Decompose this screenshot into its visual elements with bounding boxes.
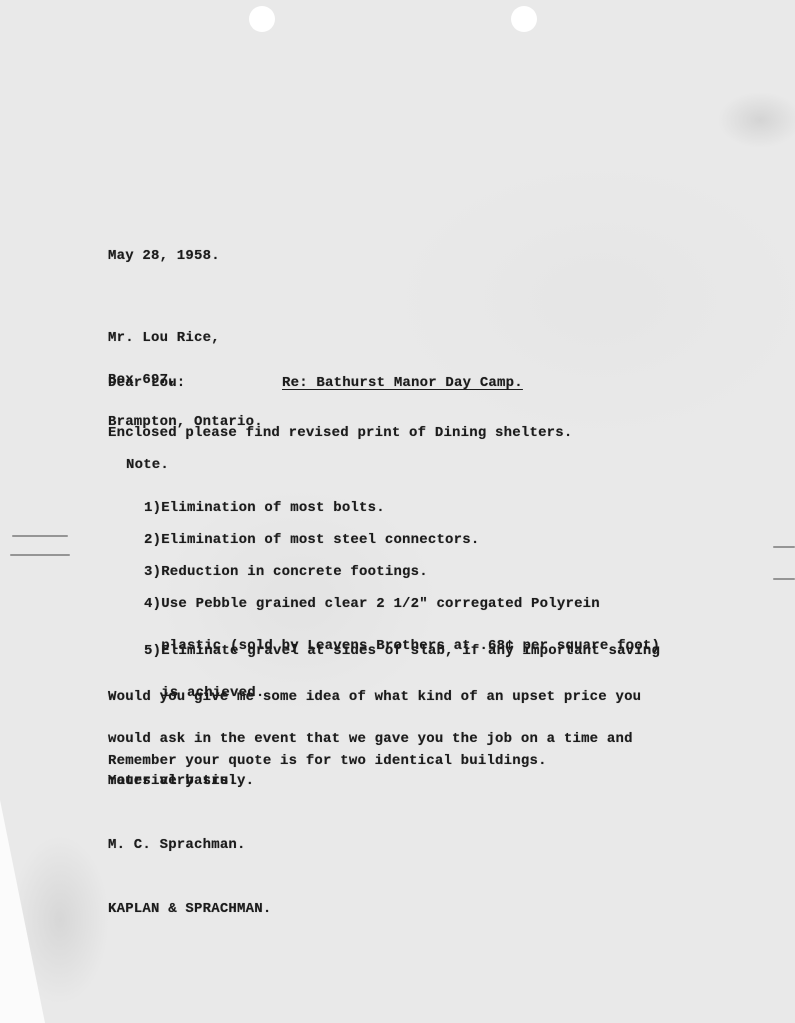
signature: M. C. Sprachman.: [108, 838, 246, 852]
salutation: Dear Lou:: [108, 376, 185, 390]
note-label: Note.: [126, 458, 169, 472]
note-item-line: 4)Use Pebble grained clear 2 1/2" correg…: [144, 597, 660, 611]
scanned-letter-page: May 28, 1958. Mr. Lou Rice, Box 697, Bra…: [0, 0, 795, 1023]
firm-name: KAPLAN & SPRACHMAN.: [108, 902, 271, 916]
note-item-line: 5)Eliminate gravel at sides of slab, if …: [144, 644, 660, 658]
margin-mark: [10, 554, 70, 556]
intro-paragraph: Enclosed please find revised print of Di…: [108, 426, 572, 440]
margin-mark: [773, 578, 795, 580]
punch-hole-right: [511, 6, 537, 32]
margin-mark: [12, 535, 68, 537]
margin-mark: [773, 546, 795, 548]
punch-hole-left: [249, 6, 275, 32]
paragraph-line: Would you give me some idea of what kind…: [108, 690, 641, 704]
subject-line: Re: Bathurst Manor Day Camp.: [282, 376, 523, 390]
address-line: Mr. Lou Rice,: [108, 331, 263, 345]
paragraph-line: Remember your quote is for two identical…: [108, 754, 547, 768]
closing: Yours very truly.: [108, 774, 254, 788]
letter-date: May 28, 1958.: [108, 249, 220, 263]
